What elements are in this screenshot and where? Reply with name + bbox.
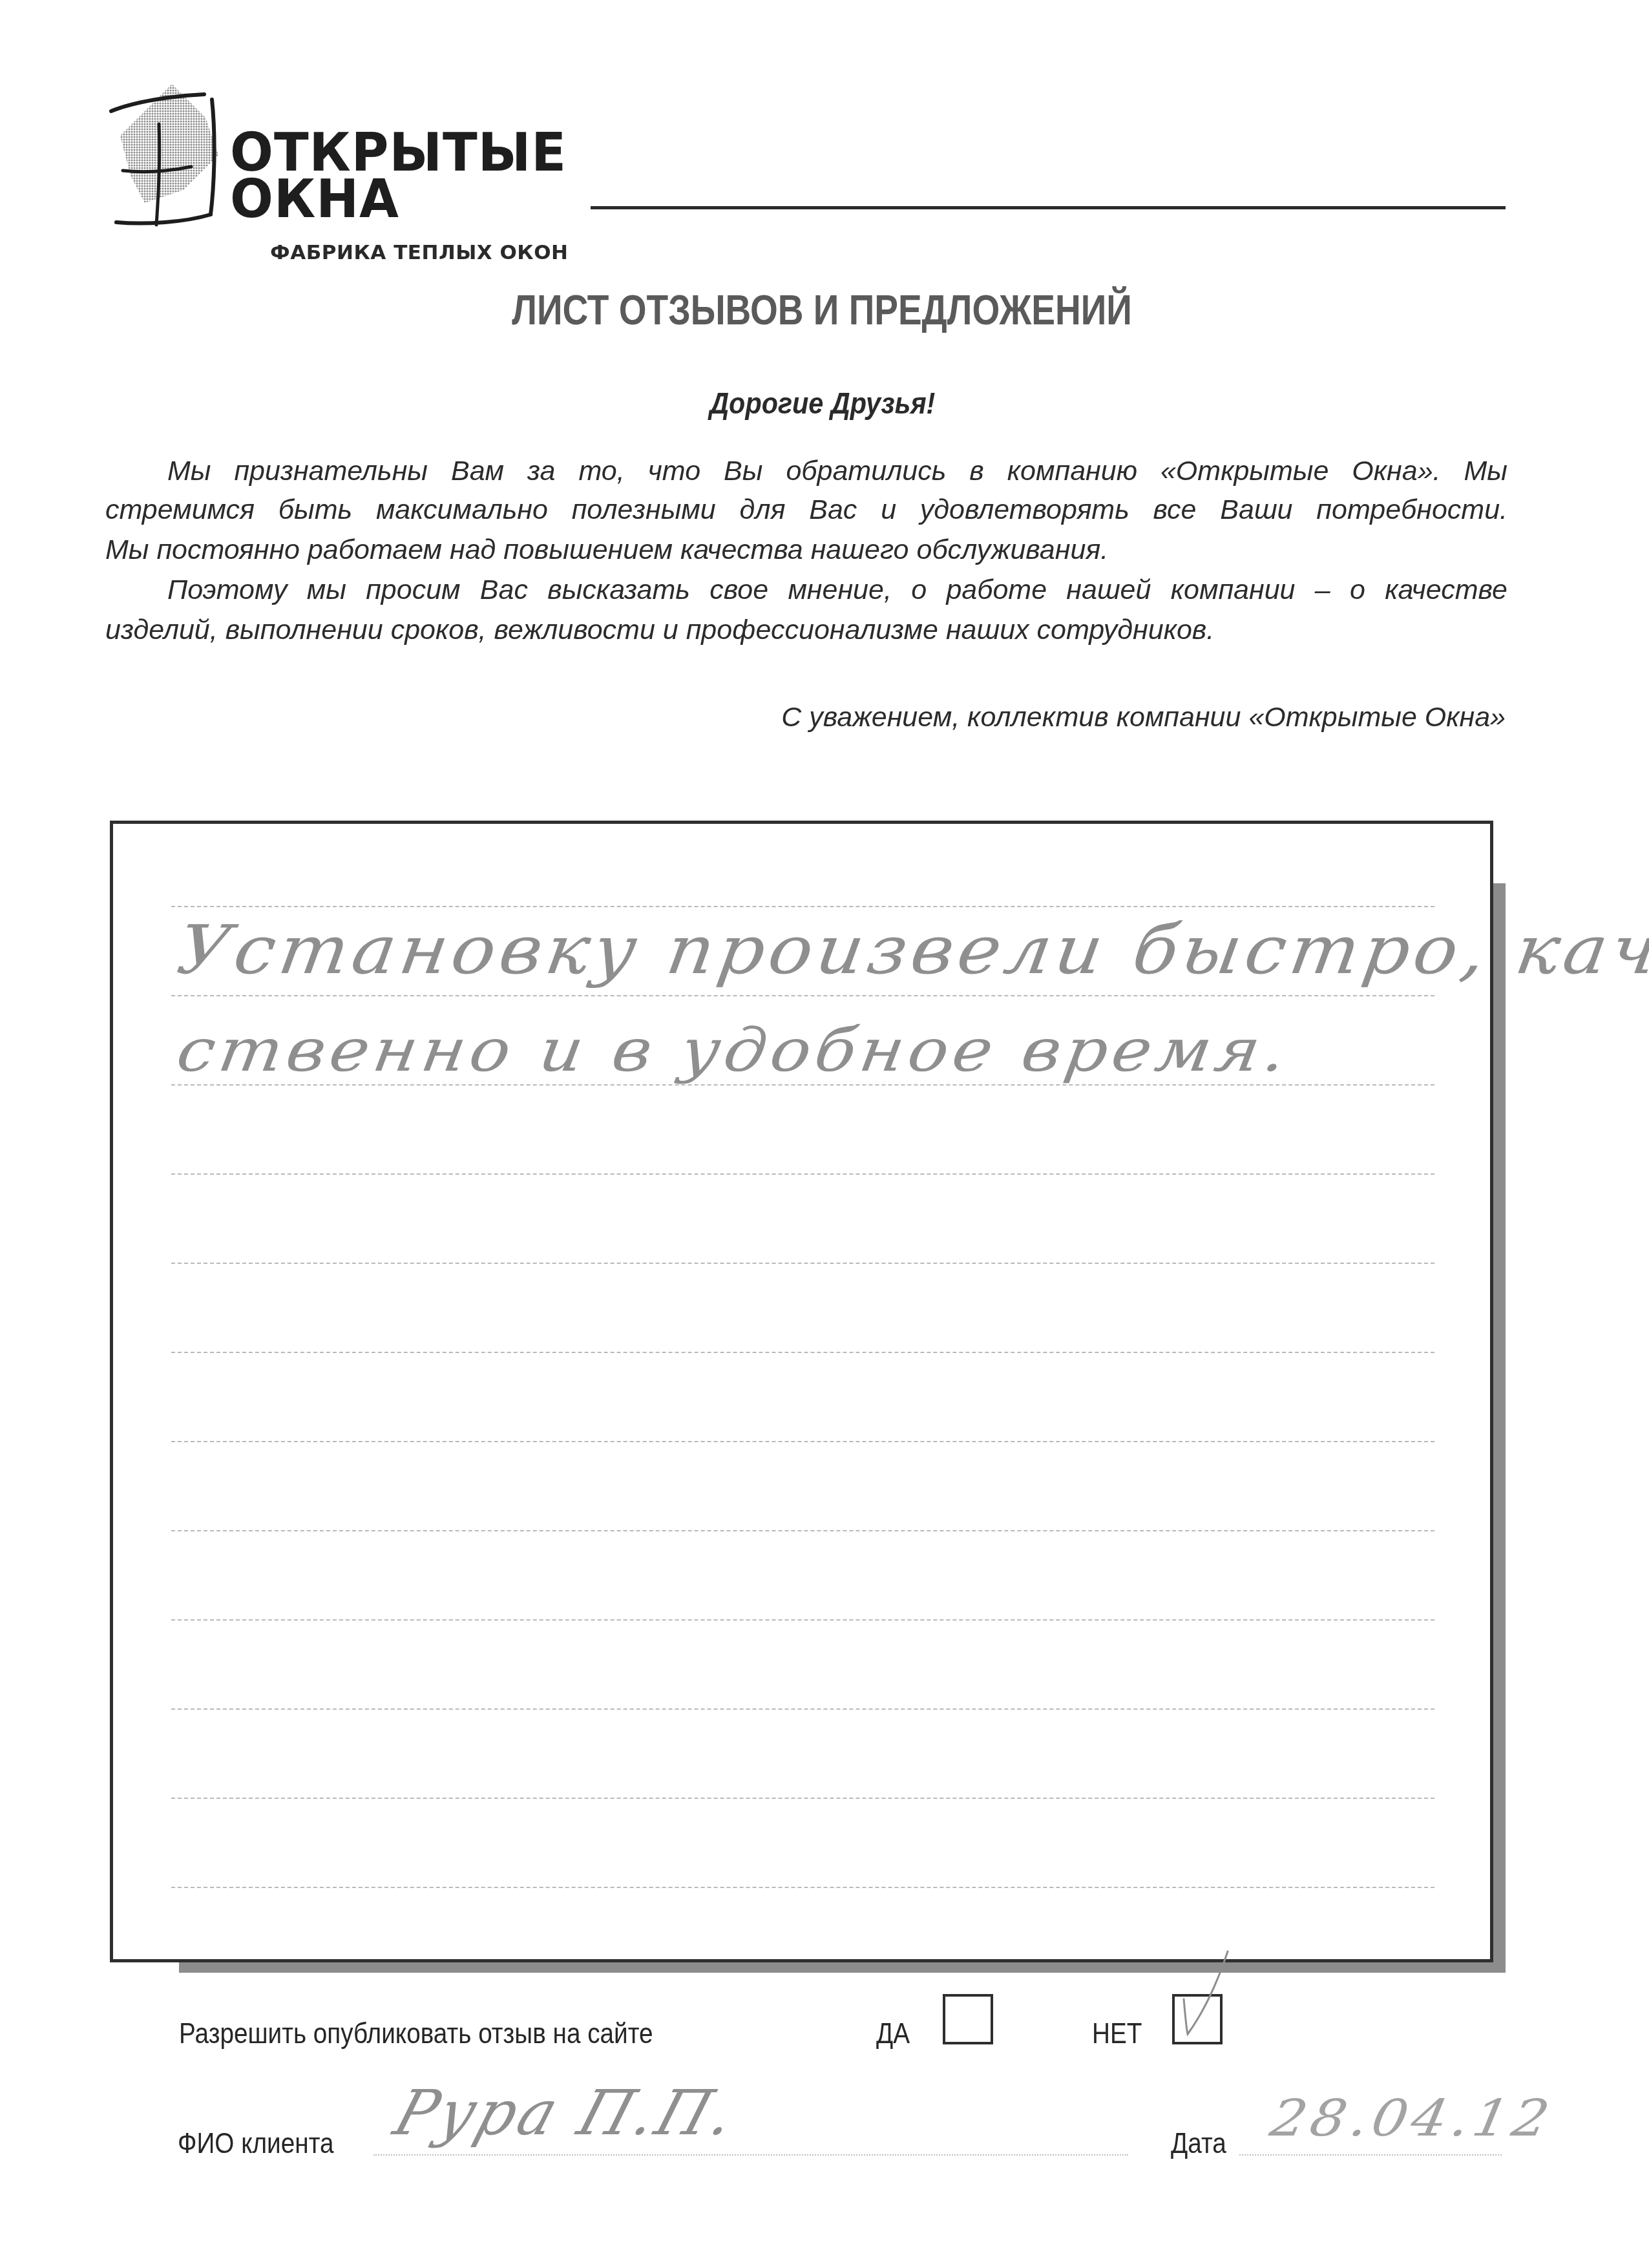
publish-consent-label: Разрешить опубликовать отзыв на сайте — [179, 2020, 653, 2048]
brand-name-line-2: ОКНА — [230, 173, 399, 226]
client-name-value: Рура П.П. — [388, 2082, 746, 2144]
intro-line: Поэтому мы просим Вас высказать свое мне… — [167, 576, 1507, 604]
feedback-textarea[interactable] — [110, 821, 1493, 1962]
client-name-field[interactable] — [373, 2154, 1128, 2156]
feedback-handwritten-line: Установку произвели быстро, каче- — [173, 916, 1649, 983]
ruled-line — [171, 1352, 1434, 1353]
feedback-handwritten-line: ственно и в удобное время. — [173, 1021, 1294, 1080]
date-value: 28.04.12 — [1266, 2094, 1557, 2144]
client-name-label: ФИО клиента — [178, 2130, 333, 2158]
intro-line: стремимся быть максимально полезными для… — [105, 496, 1507, 524]
ruled-line — [171, 995, 1434, 996]
ruled-line — [171, 1708, 1434, 1710]
ruled-line — [171, 1887, 1434, 1888]
intro-line: Мы признательны Вам за то, что Вы обрати… — [167, 457, 1507, 485]
brand-tagline: ФАБРИКА ТЕПЛЫХ ОКОН — [270, 243, 568, 263]
ruled-line — [171, 1173, 1434, 1175]
checkmark-icon — [1175, 1949, 1246, 2052]
yes-option-label: ДА — [876, 2020, 910, 2048]
header-divider — [591, 206, 1506, 209]
page-title: ЛИСТ ОТЗЫВОВ И ПРЕДЛОЖЕНИЙ — [113, 289, 1531, 331]
ruled-line — [171, 1441, 1434, 1442]
window-frame-icon — [107, 79, 227, 229]
date-label: Дата — [1171, 2130, 1226, 2158]
ruled-line — [171, 906, 1434, 907]
ruled-line — [171, 1263, 1434, 1264]
ruled-line — [171, 1530, 1434, 1531]
ruled-line — [171, 1619, 1434, 1621]
greeting-heading: Дорогие Друзья! — [80, 388, 1564, 418]
no-checkbox[interactable] — [1172, 1994, 1223, 2044]
intro-line: Мы постоянно работаем над повышением кач… — [105, 536, 1507, 564]
closing-signature: С уважением, коллектив компании «Открыты… — [781, 704, 1506, 731]
ruled-line — [171, 1798, 1434, 1799]
date-field[interactable] — [1239, 2154, 1502, 2156]
no-option-label: НЕТ — [1092, 2020, 1142, 2048]
yes-checkbox[interactable] — [943, 1994, 993, 2044]
intro-line: изделий, выполнении сроков, вежливости и… — [105, 616, 1507, 644]
